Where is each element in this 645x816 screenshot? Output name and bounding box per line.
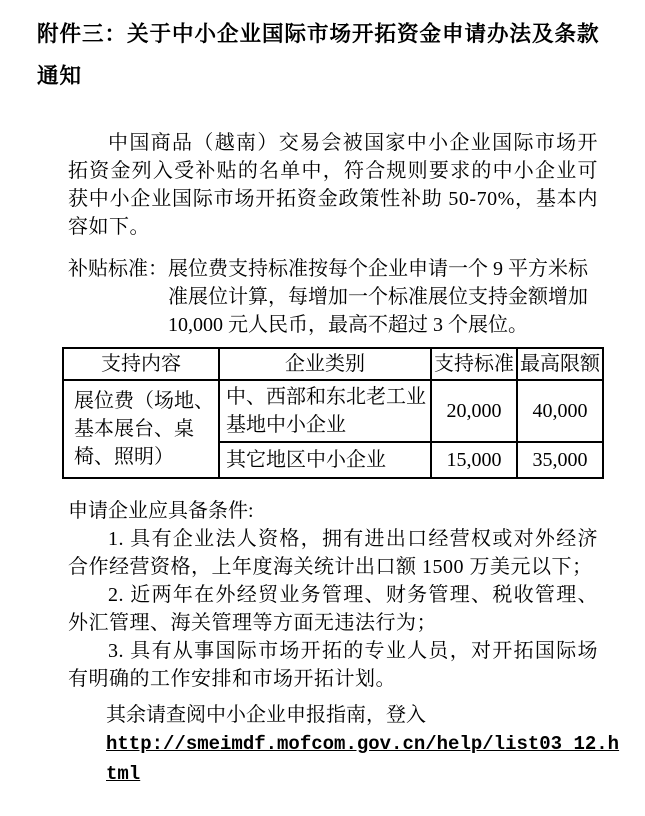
- document-body: 中国商品（越南）交易会被国家中小企业国际市场开拓资金列入受补贴的名单中，符合规则…: [68, 129, 608, 789]
- document-page: 附件三：关于中小企业国际市场开拓资金申请办法及条款通知 中国商品（越南）交易会被…: [0, 0, 645, 816]
- document-title: 附件三：关于中小企业国际市场开拓资金申请办法及条款通知: [37, 13, 619, 97]
- conditions-heading: 申请企业应具备条件:: [68, 497, 608, 525]
- category-cell: 其它地区中小企业: [219, 442, 431, 478]
- subsidy-standard-label: 补贴标准：: [68, 255, 168, 339]
- category-cell: 中、西部和东北老工业基地中小企业: [219, 380, 431, 442]
- guide-url-link[interactable]: http://smeimdf.mofcom.gov.cn/help/list03…: [106, 729, 620, 789]
- condition-item-3: 3. 具有从事国际市场开拓的专业人员，对开拓国际场有明确的工作安排和市场开拓计划…: [68, 637, 598, 693]
- header-support-standard: 支持标准: [431, 348, 517, 380]
- condition-item-2: 2. 近两年在外经贸业务管理、财务管理、税收管理、外汇管理、海关管理等方面无违法…: [68, 581, 598, 637]
- subsidy-standard-text: 展位费支持标准按每个企业申请一个 9 平方米标准展位计算，每增加一个标准展位支持…: [168, 255, 598, 339]
- footer-note: 其余请查阅中小企业申报指南，登入: [106, 701, 608, 729]
- limit-value-cell: 40,000: [517, 380, 603, 442]
- standard-value-cell: 15,000: [431, 442, 517, 478]
- subsidy-table: 支持内容 企业类别 支持标准 最高限额 展位费（场地、基本展台、桌椅、照明） 中…: [62, 347, 604, 479]
- standard-value-cell: 20,000: [431, 380, 517, 442]
- header-max-limit: 最高限额: [517, 348, 603, 380]
- header-enterprise-category: 企业类别: [219, 348, 431, 380]
- subsidy-standard-paragraph: 补贴标准： 展位费支持标准按每个企业申请一个 9 平方米标准展位计算，每增加一个…: [68, 255, 608, 339]
- intro-paragraph: 中国商品（越南）交易会被国家中小企业国际市场开拓资金列入受补贴的名单中，符合规则…: [68, 129, 598, 241]
- header-support-content: 支持内容: [63, 348, 219, 380]
- table-header-row: 支持内容 企业类别 支持标准 最高限额: [63, 348, 603, 380]
- limit-value-cell: 35,000: [517, 442, 603, 478]
- table-row: 展位费（场地、基本展台、桌椅、照明） 中、西部和东北老工业基地中小企业 20,0…: [63, 380, 603, 442]
- footer-section: 其余请查阅中小企业申报指南，登入 http://smeimdf.mofcom.g…: [106, 701, 608, 789]
- condition-item-1: 1. 具有企业法人资格，拥有进出口经营权或对外经济合作经营资格，上年度海关统计出…: [68, 525, 598, 581]
- booth-fee-cell: 展位费（场地、基本展台、桌椅、照明）: [63, 380, 219, 478]
